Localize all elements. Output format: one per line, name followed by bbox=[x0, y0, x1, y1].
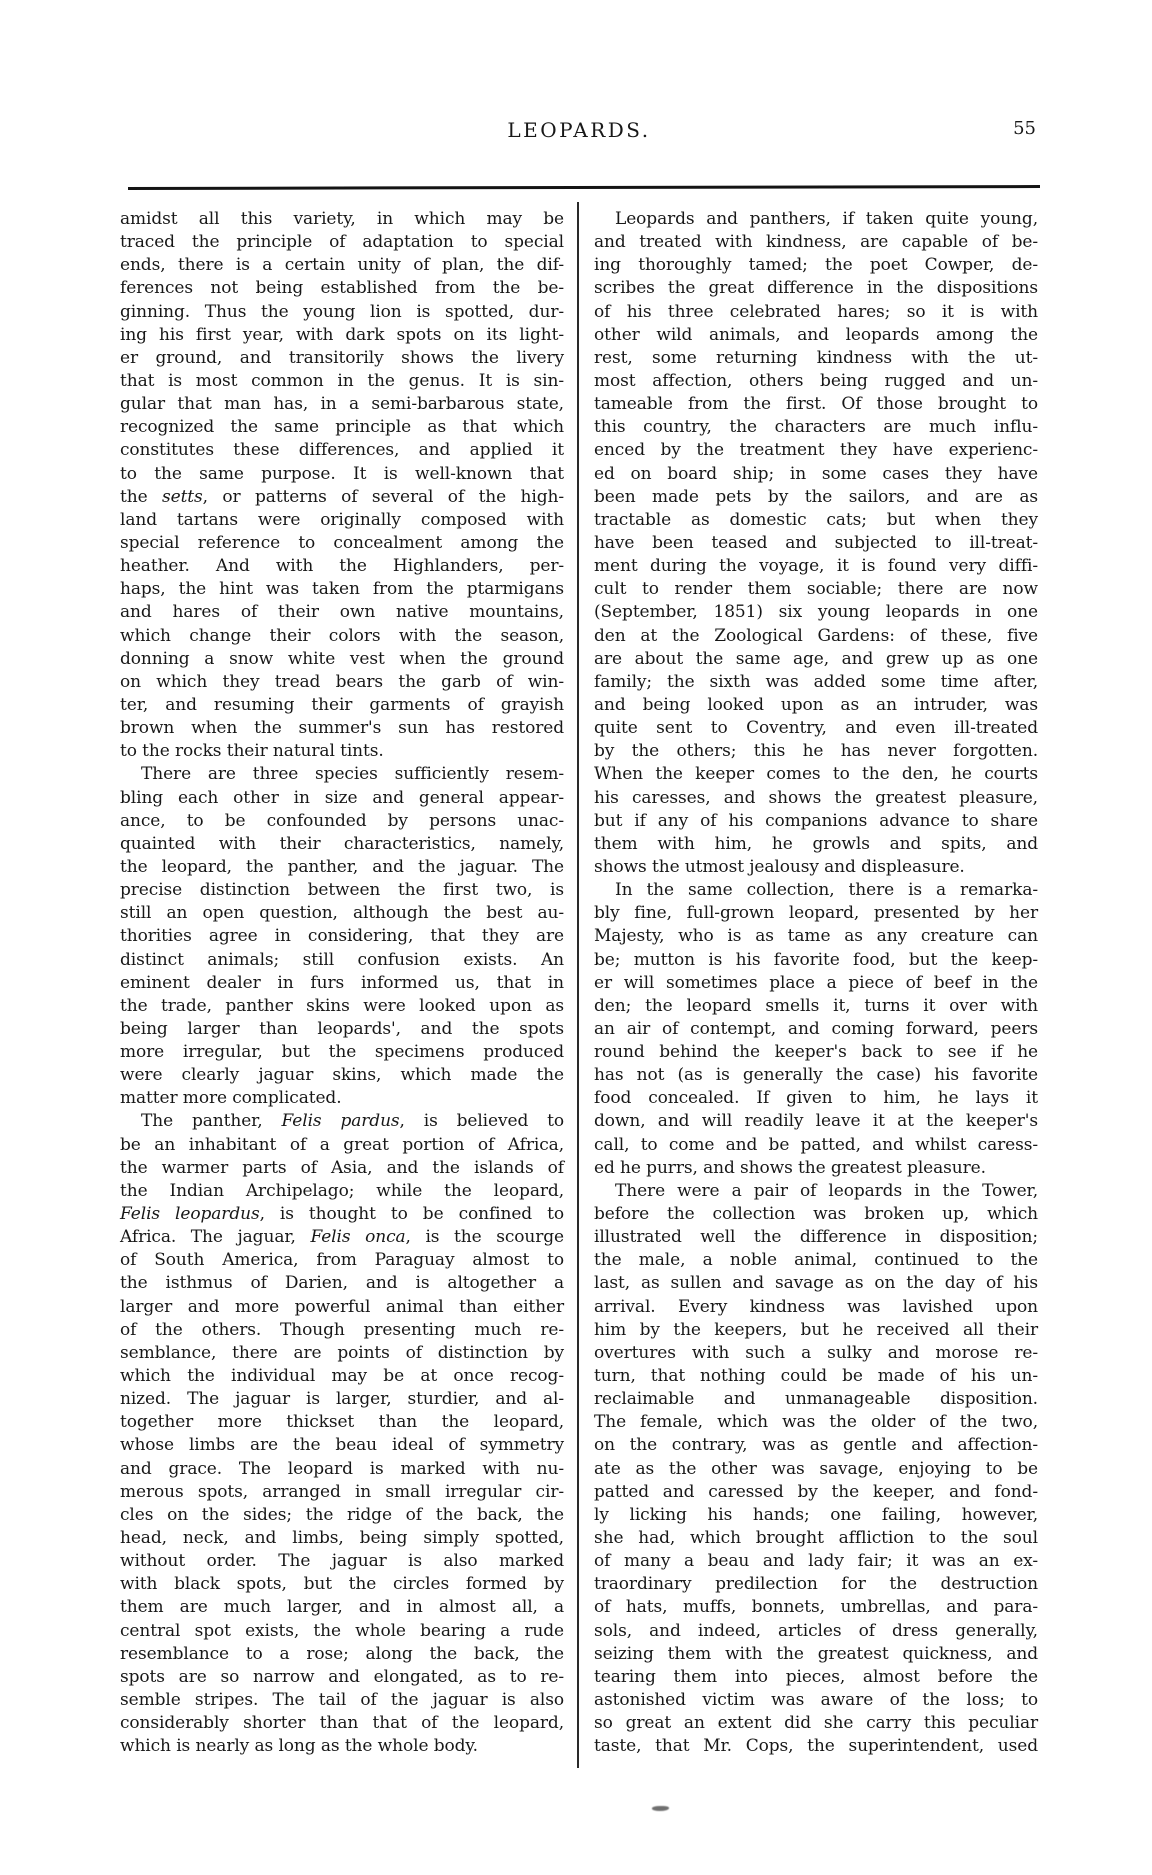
text-line: semblance, there are points of distincti… bbox=[120, 1342, 564, 1365]
text-line: patted and caressed by the keeper, and f… bbox=[594, 1481, 1038, 1504]
text-line: and being looked upon as an intruder, wa… bbox=[594, 694, 1038, 717]
text-line: Majesty, who is as tame as any creature … bbox=[594, 925, 1038, 948]
text-line: larger and more powerful animal than eit… bbox=[120, 1296, 564, 1319]
text-line: cles on the sides; the ridge of the back… bbox=[120, 1504, 564, 1527]
text-line: The panther, Felis pardus, is believed t… bbox=[120, 1110, 564, 1133]
text-line: bling each other in size and general app… bbox=[120, 787, 564, 810]
text-line: Africa. The jaguar, Felis onca, is the s… bbox=[120, 1226, 564, 1249]
text-line: but if any of his companions advance to … bbox=[594, 810, 1038, 833]
text-line: taste, that Mr. Cops, the superintendent… bbox=[594, 1735, 1038, 1758]
text-line: traordinary predilection for the destruc… bbox=[594, 1573, 1038, 1596]
text-line: den; the leopard smells it, turns it ove… bbox=[594, 995, 1038, 1018]
text-line: be an inhabitant of a great portion of A… bbox=[120, 1134, 564, 1157]
text-line: (September, 1851) six young leopards in … bbox=[594, 601, 1038, 624]
text-line: to the rocks their natural tints. bbox=[120, 740, 564, 763]
text-line: arrival. Every kindness was lavished upo… bbox=[594, 1296, 1038, 1319]
page-header: LEOPARDS. 55 bbox=[120, 118, 1038, 144]
text-line: merous spots, arranged in small irregula… bbox=[120, 1481, 564, 1504]
text-line: this country, the characters are much in… bbox=[594, 416, 1038, 439]
text-line: scribes the great difference in the disp… bbox=[594, 277, 1038, 300]
text-line: den at the Zoological Gardens: of these,… bbox=[594, 625, 1038, 648]
text-line: of many a beau and lady fair; it was an … bbox=[594, 1550, 1038, 1573]
text-line: the Indian Archipelago; while the leopar… bbox=[120, 1180, 564, 1203]
page-number: 55 bbox=[1013, 118, 1036, 139]
text-line: have been teased and subjected to ill-tr… bbox=[594, 532, 1038, 555]
left-column: amidst all this variety, in which may be… bbox=[120, 208, 564, 1758]
text-line: recognized the same principle as that wh… bbox=[120, 416, 564, 439]
text-line: the trade, panther skins were looked upo… bbox=[120, 995, 564, 1018]
text-line: has not (as is generally the case) his f… bbox=[594, 1064, 1038, 1087]
text-line: ing thoroughly tamed; the poet Cowper, d… bbox=[594, 254, 1038, 277]
text-line: together more thickset than the leopard, bbox=[120, 1411, 564, 1434]
text-line: cult to render them sociable; there are … bbox=[594, 578, 1038, 601]
text-line: gular that man has, in a semi-barbarous … bbox=[120, 393, 564, 416]
text-line: head, neck, and limbs, being simply spot… bbox=[120, 1527, 564, 1550]
text-line: more irregular, but the specimens produc… bbox=[120, 1041, 564, 1064]
header-rule bbox=[128, 185, 1040, 190]
text-line: When the keeper comes to the den, he cou… bbox=[594, 763, 1038, 786]
text-line: land tartans were originally composed wi… bbox=[120, 509, 564, 532]
text-line: were clearly jaguar skins, which made th… bbox=[120, 1064, 564, 1087]
text-line: ed he purrs, and shows the greatest plea… bbox=[594, 1157, 1038, 1180]
text-line: them are much larger, and in almost all,… bbox=[120, 1596, 564, 1619]
text-line: his caresses, and shows the greatest ple… bbox=[594, 787, 1038, 810]
text-line: with black spots, but the circles formed… bbox=[120, 1573, 564, 1596]
text-line: ate as the other was savage, enjoying to… bbox=[594, 1458, 1038, 1481]
text-line: ends, there is a certain unity of plan, … bbox=[120, 254, 564, 277]
text-line: ter, and resuming their garments of gray… bbox=[120, 694, 564, 717]
text-line: down, and will readily leave it at the k… bbox=[594, 1110, 1038, 1133]
text-line: illustrated well the difference in dispo… bbox=[594, 1226, 1038, 1249]
text-line: constitutes these differences, and appli… bbox=[120, 439, 564, 462]
text-line: sols, and indeed, articles of dress gene… bbox=[594, 1620, 1038, 1643]
text-line: of his three celebrated hares; so it is … bbox=[594, 301, 1038, 324]
text-line: them with him, he growls and spits, and bbox=[594, 833, 1038, 856]
text-line: Leopards and panthers, if taken quite yo… bbox=[594, 208, 1038, 231]
text-line: considerably shorter than that of the le… bbox=[120, 1712, 564, 1735]
text-line: to the same purpose. It is well-known th… bbox=[120, 463, 564, 486]
text-line: ly licking his hands; one failing, howev… bbox=[594, 1504, 1038, 1527]
text-line: which the individual may be at once reco… bbox=[120, 1365, 564, 1388]
text-line: by the others; this he has never forgott… bbox=[594, 740, 1038, 763]
text-line: bly fine, full-grown leopard, presented … bbox=[594, 902, 1038, 925]
text-line: reclaimable and unmanageable disposition… bbox=[594, 1388, 1038, 1411]
text-line: quainted with their characteristics, nam… bbox=[120, 833, 564, 856]
ink-smudge bbox=[652, 1806, 669, 1811]
text-line: the leopard, the panther, and the jaguar… bbox=[120, 856, 564, 879]
text-line: The female, which was the older of the t… bbox=[594, 1411, 1038, 1434]
running-title: LEOPARDS. bbox=[120, 118, 1038, 142]
text-line: the warmer parts of Asia, and the island… bbox=[120, 1157, 564, 1180]
text-line: heather. And with the Highlanders, per- bbox=[120, 555, 564, 578]
text-line: overtures with such a sulky and morose r… bbox=[594, 1342, 1038, 1365]
text-line: the male, a noble animal, continued to t… bbox=[594, 1249, 1038, 1272]
text-line: him by the keepers, but he received all … bbox=[594, 1319, 1038, 1342]
text-line: still an open question, although the bes… bbox=[120, 902, 564, 925]
text-line: turn, that nothing could be made of his … bbox=[594, 1365, 1038, 1388]
text-line: nized. The jaguar is larger, sturdier, a… bbox=[120, 1388, 564, 1411]
text-line: tameable from the first. Of those brough… bbox=[594, 393, 1038, 416]
text-line: being larger than leopards', and the spo… bbox=[120, 1018, 564, 1041]
text-line: precise distinction between the first tw… bbox=[120, 879, 564, 902]
text-line: family; the sixth was added some time af… bbox=[594, 671, 1038, 694]
text-line: Felis leopardus, is thought to be confin… bbox=[120, 1203, 564, 1226]
text-line: been made pets by the sailors, and are a… bbox=[594, 486, 1038, 509]
text-line: that is most common in the genus. It is … bbox=[120, 370, 564, 393]
text-line: ed on board ship; in some cases they hav… bbox=[594, 463, 1038, 486]
text-line: and grace. The leopard is marked with nu… bbox=[120, 1458, 564, 1481]
column-divider-rule bbox=[577, 202, 579, 1768]
text-line: on which they tread bears the garb of wi… bbox=[120, 671, 564, 694]
text-line: There were a pair of leopards in the Tow… bbox=[594, 1180, 1038, 1203]
text-line: enced by the treatment they have experie… bbox=[594, 439, 1038, 462]
text-line: round behind the keeper's back to see if… bbox=[594, 1041, 1038, 1064]
text-line: thorities agree in considering, that the… bbox=[120, 925, 564, 948]
text-line: eminent dealer in furs informed us, that… bbox=[120, 972, 564, 995]
text-line: matter more complicated. bbox=[120, 1087, 564, 1110]
text-line: an air of contempt, and coming forward, … bbox=[594, 1018, 1038, 1041]
text-line: amidst all this variety, in which may be bbox=[120, 208, 564, 231]
text-line: the isthmus of Darien, and is altogether… bbox=[120, 1272, 564, 1295]
text-line: There are three species sufficiently res… bbox=[120, 763, 564, 786]
text-line: last, as sullen and savage as on the day… bbox=[594, 1272, 1038, 1295]
text-line: call, to come and be patted, and whilst … bbox=[594, 1134, 1038, 1157]
right-column: Leopards and panthers, if taken quite yo… bbox=[594, 208, 1038, 1758]
text-line: ferences not being established from the … bbox=[120, 277, 564, 300]
text-line: special reference to concealment among t… bbox=[120, 532, 564, 555]
text-line: er will sometimes place a piece of beef … bbox=[594, 972, 1038, 995]
text-line: tractable as domestic cats; but when the… bbox=[594, 509, 1038, 532]
text-line: of South America, from Paraguay almost t… bbox=[120, 1249, 564, 1272]
text-line: spots are so narrow and elongated, as to… bbox=[120, 1666, 564, 1689]
text-line: In the same collection, there is a remar… bbox=[594, 879, 1038, 902]
text-line: traced the principle of adaptation to sp… bbox=[120, 231, 564, 254]
text-line: of hats, muffs, bonnets, umbrellas, and … bbox=[594, 1596, 1038, 1619]
text-line: resemblance to a rose; along the back, t… bbox=[120, 1643, 564, 1666]
scanned-book-page: LEOPARDS. 55 amidst all this variety, in… bbox=[0, 0, 1152, 1875]
text-line: haps, the hint was taken from the ptarmi… bbox=[120, 578, 564, 601]
text-line: whose limbs are the beau ideal of symmet… bbox=[120, 1434, 564, 1457]
text-line: she had, which brought affliction to the… bbox=[594, 1527, 1038, 1550]
text-line: without order. The jaguar is also marked bbox=[120, 1550, 564, 1573]
text-line: semble stripes. The tail of the jaguar i… bbox=[120, 1689, 564, 1712]
text-line: donning a snow white vest when the groun… bbox=[120, 648, 564, 671]
text-line: ance, to be confounded by persons unac- bbox=[120, 810, 564, 833]
text-line: most affection, others being rugged and … bbox=[594, 370, 1038, 393]
text-line: food concealed. If given to him, he lays… bbox=[594, 1087, 1038, 1110]
text-line: and treated with kindness, are capable o… bbox=[594, 231, 1038, 254]
text-line: tearing them into pieces, almost before … bbox=[594, 1666, 1038, 1689]
text-line: and hares of their own native mountains, bbox=[120, 601, 564, 624]
text-line: on the contrary, was as gentle and affec… bbox=[594, 1434, 1038, 1457]
text-line: central spot exists, the whole bearing a… bbox=[120, 1620, 564, 1643]
text-line: quite sent to Coventry, and even ill-tre… bbox=[594, 717, 1038, 740]
text-line: of the others. Though presenting much re… bbox=[120, 1319, 564, 1342]
text-line: seizing them with the greatest quickness… bbox=[594, 1643, 1038, 1666]
text-line: other wild animals, and leopards among t… bbox=[594, 324, 1038, 347]
text-line: shows the utmost jealousy and displeasur… bbox=[594, 856, 1038, 879]
text-line: are about the same age, and grew up as o… bbox=[594, 648, 1038, 671]
text-line: brown when the summer's sun has restored bbox=[120, 717, 564, 740]
text-line: be; mutton is his favorite food, but the… bbox=[594, 949, 1038, 972]
text-line: which is nearly as long as the whole bod… bbox=[120, 1735, 564, 1758]
text-line: rest, some returning kindness with the u… bbox=[594, 347, 1038, 370]
text-line: ing his first year, with dark spots on i… bbox=[120, 324, 564, 347]
text-line: which change their colors with the seaso… bbox=[120, 625, 564, 648]
text-line: before the collection was broken up, whi… bbox=[594, 1203, 1038, 1226]
text-line: the setts, or patterns of several of the… bbox=[120, 486, 564, 509]
text-line: er ground, and transitorily shows the li… bbox=[120, 347, 564, 370]
text-line: distinct animals; still confusion exists… bbox=[120, 949, 564, 972]
text-line: astonished victim was aware of the loss;… bbox=[594, 1689, 1038, 1712]
text-line: ment during the voyage, it is found very… bbox=[594, 555, 1038, 578]
text-line: ginning. Thus the young lion is spotted,… bbox=[120, 301, 564, 324]
text-line: so great an extent did she carry this pe… bbox=[594, 1712, 1038, 1735]
